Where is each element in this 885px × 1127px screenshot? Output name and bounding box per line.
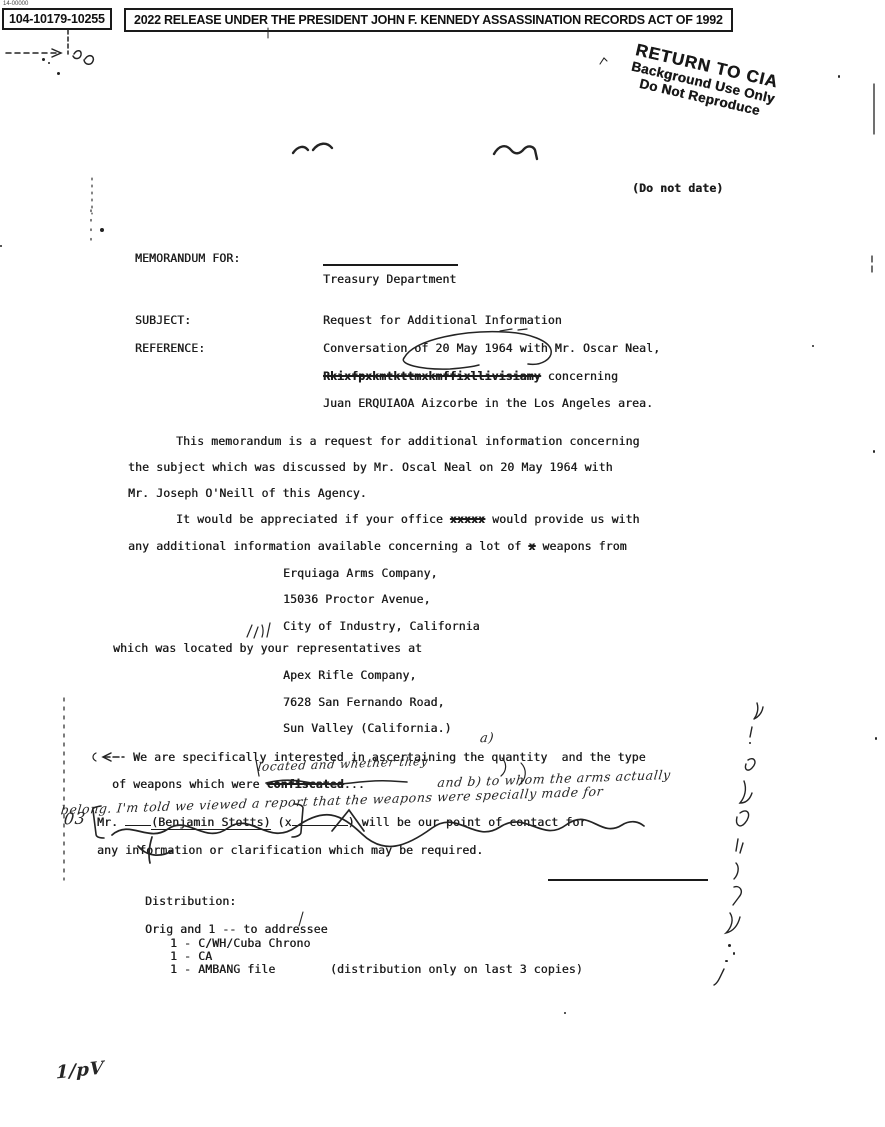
distribution-line-3: 1 - CA — [170, 949, 212, 963]
reference-value: Conversation of 20 May 1964 with Mr. Osc… — [323, 341, 660, 355]
return-to-cia-stamp: RETURN TO CIA Background Use Only Do Not… — [593, 32, 814, 128]
p2-l1-struck: xxxxx — [450, 512, 485, 526]
address-2-line-3: Sun Valley (California.) — [283, 721, 452, 735]
address-2-line-2: 7628 San Fernando Road, — [283, 695, 445, 709]
p2-l2-b: weapons from — [535, 539, 626, 553]
p3-l2-a: of weapons which were — [112, 777, 267, 791]
left-margin-dashed-line — [64, 210, 91, 880]
address-2-line-1: Apex Rifle Company, — [283, 668, 416, 682]
contact-rest: ) will be our point of contact for — [348, 815, 587, 829]
handwritten-marker-a: a) — [479, 731, 495, 746]
subject-label: SUBJECT: — [135, 313, 191, 327]
contact-mr: Mr. — [97, 815, 125, 829]
distribution-line-2: 1 - C/WH/Cuba Chrono — [170, 936, 310, 950]
p3-l2-struck: confiscated — [267, 777, 344, 791]
reference-struck-text: Rkixfpxkmtkttmxkmffixllivisiamy — [323, 369, 541, 383]
top-left-dashed-arrow — [6, 28, 268, 214]
scan-speck — [838, 75, 840, 78]
insertion-caret-marks — [247, 623, 270, 638]
p2-l2-a: any additional information available con… — [128, 539, 528, 553]
paragraph-1-line-2: the subject which was discussed by Mr. O… — [128, 460, 613, 474]
scan-speck — [749, 742, 751, 744]
distribution-line-1: Orig and 1 -- to addressee — [145, 922, 328, 936]
paragraph-2-line-1: It would be appreciated if your office x… — [176, 512, 640, 526]
distribution-heading: Distribution: — [145, 894, 236, 908]
separator-line — [548, 879, 708, 881]
memo-for-label: MEMORANDUM FOR: — [135, 251, 240, 265]
scan-speck — [100, 228, 104, 232]
handwritten-item-number: 03 — [63, 809, 87, 829]
located-line: which was located by your representative… — [113, 641, 422, 655]
paragraph-1-line-3: Mr. Joseph O'Neill of this Agency. — [128, 486, 367, 500]
contact-line-2: any information or clarification which m… — [97, 843, 483, 857]
address-1-line-3: City of Industry, California — [283, 619, 480, 633]
reference-value-3: Juan ERQUIAOA Aizcorbe in the Los Angele… — [323, 396, 653, 410]
paragraph-3-line-2: of weapons which were confiscated... — [112, 777, 365, 791]
reference-concerning: concerning — [541, 369, 618, 383]
scan-speck — [873, 450, 875, 453]
scan-speck — [48, 62, 50, 64]
margin-arrow — [93, 753, 124, 761]
right-margin-vertical-scribble — [714, 703, 763, 985]
scanned-document-page: 14-00000 104-10179-10255 2022 RELEASE UN… — [0, 0, 885, 1127]
paragraph-1-line-1: This memorandum is a request for additio… — [176, 434, 640, 448]
scan-speck — [57, 72, 60, 75]
reference-struck-line: Rkixfpxkmtkttmxkmffixllivisiamy concerni… — [323, 369, 618, 383]
scan-speck — [812, 345, 814, 347]
p2-l1-a: It would be appreciated if your office — [176, 512, 450, 526]
address-1-line-1: Erquiaga Arms Company, — [283, 566, 438, 580]
contact-name: (Benjamin Stotts) — [151, 815, 270, 830]
do-not-date-note: (Do not date) — [632, 181, 723, 195]
p2-l1-b: would provide us with — [485, 512, 640, 526]
scan-speck — [564, 1012, 566, 1014]
scan-code: 14-00000 — [3, 1, 28, 7]
contact-line: Mr. (Benjamin Stotts) (x) will be our po… — [97, 815, 586, 829]
tilde-marks — [293, 144, 537, 159]
scan-speck — [728, 944, 731, 947]
address-1-line-2: 15036 Proctor Avenue, — [283, 592, 431, 606]
p3-l2-b: ... — [344, 777, 365, 791]
contact-blank-2 — [292, 815, 348, 826]
contact-blank-1 — [125, 815, 151, 826]
paragraph-2-line-2: any additional information available con… — [128, 539, 627, 553]
memo-for-underline — [323, 264, 458, 266]
distribution-line-4: 1 - AMBANG file — [170, 962, 275, 976]
scan-speck — [0, 245, 2, 247]
reference-label: REFERENCE: — [135, 341, 205, 355]
scan-speck — [875, 737, 877, 740]
pen-marks-overlay — [0, 0, 885, 1127]
scan-speck — [42, 58, 45, 61]
distribution-line-4-note: (distribution only on last 3 copies) — [330, 962, 583, 976]
scan-speck — [725, 960, 728, 962]
record-number-badge: 104-10179-10255 — [2, 8, 112, 30]
scan-speck — [733, 952, 735, 955]
contact-x: (x — [271, 815, 292, 829]
memo-for-value: Treasury Department — [323, 272, 456, 286]
handwritten-initials: 1/pV — [56, 1058, 104, 1084]
subject-value: Request for Additional Information — [323, 313, 562, 327]
release-banner: 2022 RELEASE UNDER THE PRESIDENT JOHN F.… — [124, 8, 733, 32]
